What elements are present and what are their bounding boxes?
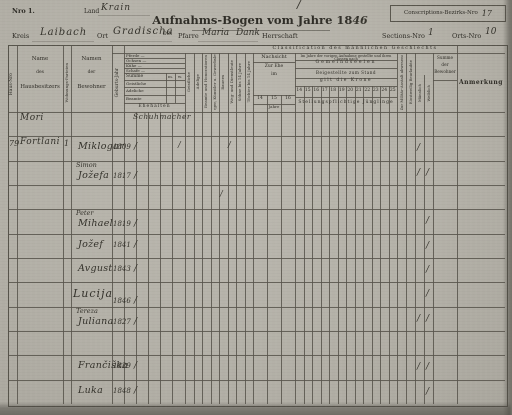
- class-col-label-text: Adelige: [196, 74, 200, 89]
- sections-label: Sections-Nro: [382, 33, 425, 40]
- row-name-small: Peter: [76, 210, 94, 217]
- side-col-label-text: Zur Militär-Anstalt abwesend: [400, 55, 404, 110]
- age-col-label: 25: [389, 89, 398, 94]
- form-title-printed: Aufnahms-Bogen vom Jahre 18: [152, 13, 352, 27]
- row-name: Lucija: [73, 288, 113, 299]
- nachsicht-title: Nachsicht: [253, 55, 295, 60]
- weiblich-tick: /: [426, 242, 429, 251]
- side-col-label: Einstweilig Beurlaubte: [406, 55, 415, 110]
- age-col-label: 19: [338, 89, 347, 94]
- age-col-label: 15: [304, 89, 313, 94]
- grid-line-v: [71, 45, 72, 404]
- kreis-value: Laibach: [40, 28, 87, 38]
- class-col-label-text: Töchter bis 14 Jahre: [247, 61, 251, 102]
- grid-line-h: [433, 80, 457, 81]
- row-owner-name: Fortlani: [20, 138, 60, 147]
- orts-label: Orts-Nro: [452, 33, 481, 40]
- ort-suffix: bei: [163, 31, 172, 37]
- year-check-tick: /: [134, 318, 137, 327]
- col-wohnpartei-label-text: Wohnungs-Parteien: [65, 63, 69, 103]
- scan-edge-bottom: [0, 402, 512, 415]
- grid-line-h: [295, 86, 397, 87]
- row-birth-year: 1846: [113, 298, 131, 305]
- summary-box-footer: Ehehalten: [124, 105, 185, 110]
- col-owner-label: des: [17, 71, 63, 76]
- maennlich-tick: /: [417, 315, 420, 324]
- row-birth-year: 1817: [113, 173, 131, 180]
- year-check-tick: /: [134, 143, 137, 152]
- summary-box-subrow: Adeliche: [126, 89, 164, 93]
- ort-underline: [110, 41, 172, 42]
- grid-line-h: [295, 68, 397, 69]
- row-haus-number: 79: [9, 140, 19, 148]
- col-gebjahr-label-text: Geburts-Jahr: [116, 68, 121, 97]
- col-weiblich-label: Weiblich: [424, 77, 433, 110]
- grid-line-h: [8, 380, 505, 381]
- bezirk-value: 17: [482, 10, 492, 18]
- maennlich-tick: /: [417, 363, 420, 372]
- grid-line-h: [295, 97, 397, 98]
- age-col-label: 20: [346, 89, 355, 94]
- row-name: Avgust: [78, 264, 113, 274]
- age-col-label: 18: [329, 89, 338, 94]
- col-owner-label: Hausbesitzers: [17, 85, 63, 91]
- class-col-label: Adelige: [194, 54, 203, 110]
- row-owner-name: Mori: [20, 114, 44, 123]
- nachsicht-line2: im: [253, 73, 295, 78]
- col-gebjahr-label: Geburts-Jahr: [112, 56, 124, 110]
- maennlich-tick: /: [417, 144, 420, 153]
- col-maennlich-label-text: Männlich: [418, 84, 422, 102]
- grid-line-h: [8, 331, 505, 332]
- grid-line-h: [8, 234, 505, 235]
- col-owner-label: Name: [17, 57, 63, 63]
- class-col-label: Bauern: [219, 54, 228, 110]
- weiblich-tick: /: [426, 290, 429, 299]
- summary-box-col-m: m.: [166, 75, 175, 79]
- weiblich-tick: /: [426, 315, 429, 324]
- row-name: Jožef: [78, 240, 103, 250]
- grid-line-h: [253, 62, 295, 63]
- grid-line-h: [8, 185, 505, 186]
- col-haus-label-text: Haus-Nro: [10, 73, 15, 95]
- row-name-small: Tereza: [76, 308, 98, 315]
- weiblich-tick: /: [426, 169, 429, 178]
- grid-line-v: [281, 95, 282, 404]
- scan-edge-right: [503, 0, 512, 415]
- scanned-document: Nro 1. Land Krain / Aufnahms-Bogen vom J…: [0, 0, 512, 415]
- age-col-label: 16: [312, 89, 321, 94]
- row-name: Luka: [78, 386, 103, 396]
- bezirk-label: Conscriptions-Bezirks-Nro: [404, 11, 478, 17]
- grid-line-v: [457, 45, 458, 404]
- summary-box-row: Schafe —: [126, 69, 182, 73]
- year-check-tick: /: [134, 241, 137, 250]
- year-check-tick: /: [134, 362, 137, 371]
- class-col-label-text: Söhne bis 14 Jahre: [238, 63, 242, 101]
- summary-box-summe: Summe: [126, 75, 143, 80]
- row-birth-year: 1841: [113, 242, 131, 249]
- grid-line-v: [267, 95, 268, 404]
- form-number: Nro 1.: [12, 8, 35, 15]
- age-col-label: 24: [380, 89, 389, 94]
- maennlich-tick: /: [417, 169, 420, 178]
- class-col-label: Geistliche: [185, 54, 194, 110]
- class-col-label-text: Beamte und Honoratioren: [204, 55, 208, 108]
- band-gemeindseelen: Gemeindseelen: [295, 61, 397, 66]
- year-check-tick: /: [134, 172, 137, 181]
- class-col-label-text: Bürger, Künstler u. Gewerbsleute: [213, 54, 217, 110]
- weiblich-tick: /: [426, 388, 429, 397]
- row-wohnpartei-count: 1: [64, 140, 69, 148]
- sum-box-line: Bewohner: [433, 70, 457, 74]
- class-col-label-text: Bauern: [221, 75, 225, 90]
- grid-line-v: [17, 45, 18, 404]
- age-col-label: 21: [355, 89, 364, 94]
- nachsicht-cell: 15: [267, 97, 281, 102]
- year-check-tick: /: [134, 387, 137, 396]
- bezirk-box: Conscriptions-Bezirks-Nro 17: [390, 5, 506, 22]
- grid-line-h: [8, 282, 505, 283]
- summary-box-col-w: w.: [175, 75, 185, 79]
- class-col-label: Bürger, Künstler u. Gewerbsleute: [211, 54, 220, 110]
- check-mark: /: [297, 0, 301, 10]
- col-bewohner-label: der: [71, 71, 112, 76]
- year-check-tick: /: [134, 220, 137, 229]
- grid-line-h: [8, 112, 505, 113]
- classification-tick: /: [220, 190, 223, 198]
- row-name: Mihael: [78, 219, 113, 229]
- row-occupation: Schuhmacher: [133, 113, 191, 121]
- row-birth-year: 1827: [113, 319, 131, 326]
- ages-caption: Stellungspflichtige Jünglinge: [295, 101, 397, 106]
- summary-box-subrow: Beamte: [126, 97, 164, 101]
- weiblich-tick: /: [426, 217, 429, 226]
- pfarre-label: Pfarre: [178, 33, 199, 40]
- form-title: Aufnahms-Bogen vom Jahre 1846: [150, 14, 370, 26]
- class-col-label: Beamte und Honoratioren: [202, 54, 211, 110]
- grid-line-v: [295, 53, 296, 404]
- land-label: Land: [84, 9, 99, 15]
- summary-box-subrow: Geistliche: [126, 82, 164, 86]
- side-col-label-text: Einstweilig Beurlaubte: [409, 60, 413, 104]
- row-birth-year: 1819: [113, 221, 131, 228]
- land-underline: [98, 15, 150, 16]
- grid-line-v: [433, 53, 434, 404]
- year-check-tick: /: [134, 265, 137, 274]
- kreis-underline: [32, 41, 94, 42]
- paper-sheet: Nro 1. Land Krain / Aufnahms-Bogen vom J…: [0, 0, 512, 415]
- col-anmerkung-label: Anmerkung: [457, 80, 505, 86]
- band-beigestellte: Beigestellte zum Stand: [295, 71, 397, 75]
- row-birth-year: 1829: [113, 363, 131, 370]
- col-wohnpartei-label: Wohnungs-Parteien: [63, 56, 71, 110]
- class-col-label-text: Weg- und Dienstleute: [230, 60, 234, 104]
- ort-label: Ort: [97, 33, 108, 40]
- grid-line-h: [8, 258, 505, 259]
- row-name-small: Simon: [76, 162, 97, 169]
- sections-value: 1: [428, 29, 434, 38]
- band-krone: gilt die Krone: [295, 79, 397, 84]
- class-col-label-text: Geistliche: [187, 72, 191, 92]
- year-check-tick: /: [134, 297, 137, 306]
- classification-title: Classification des männlichen Geschlecht…: [250, 46, 460, 51]
- row-name: Jožefa: [78, 171, 109, 181]
- land-value: Krain: [101, 4, 131, 13]
- kreis-label: Kreis: [12, 33, 29, 40]
- age-col-label: 17: [321, 89, 330, 94]
- orts-value: 10: [485, 28, 496, 37]
- nachsicht-cell: 16: [281, 97, 295, 102]
- class-col-label: Töchter bis 14 Jahre: [245, 54, 254, 110]
- class-col-label: Weg- und Dienstleute: [228, 54, 237, 110]
- classification-tick: /: [228, 141, 231, 149]
- pfarre-underline: [198, 41, 258, 42]
- nachsicht-line1: Zur Ehe: [253, 65, 295, 70]
- row-birth-year: 1843: [113, 266, 131, 273]
- col-bewohner-label: Bewohner: [71, 85, 112, 91]
- age-col-label: 14: [295, 89, 304, 94]
- side-col-label: Zur Militär-Anstalt abwesend: [397, 55, 406, 110]
- pfarre-value-1: Maria: [202, 29, 229, 38]
- col-weiblich-label-text: Weiblich: [427, 85, 431, 102]
- weiblich-tick: /: [426, 363, 429, 372]
- pfarre-value-2: Dank: [236, 29, 260, 38]
- nachsicht-cell: 14: [253, 97, 267, 102]
- grid-line-h: [8, 136, 505, 137]
- row-birth-year: 1809: [113, 144, 131, 151]
- grid-line-h: [8, 355, 505, 356]
- age-col-label: 22: [363, 89, 372, 94]
- row-name: Juliana: [78, 317, 114, 327]
- nachsicht-caption: Jahre: [253, 105, 295, 109]
- herrschaft-label: Herrschaft: [262, 33, 298, 40]
- col-maennlich-label: Männlich: [415, 77, 424, 110]
- sum-box-line: der: [433, 63, 457, 67]
- form-title-year: 46: [352, 14, 367, 27]
- col-bewohner-label: Namen: [71, 57, 112, 63]
- age-col-label: 23: [372, 89, 381, 94]
- weiblich-tick: /: [426, 266, 429, 275]
- row-birth-year: 1848: [113, 388, 131, 395]
- classification-tick: /: [178, 141, 181, 149]
- sum-box-line: Summe: [433, 56, 457, 60]
- class-col-label: Söhne bis 14 Jahre: [236, 54, 245, 110]
- col-haus-label: Haus-Nro: [8, 58, 17, 110]
